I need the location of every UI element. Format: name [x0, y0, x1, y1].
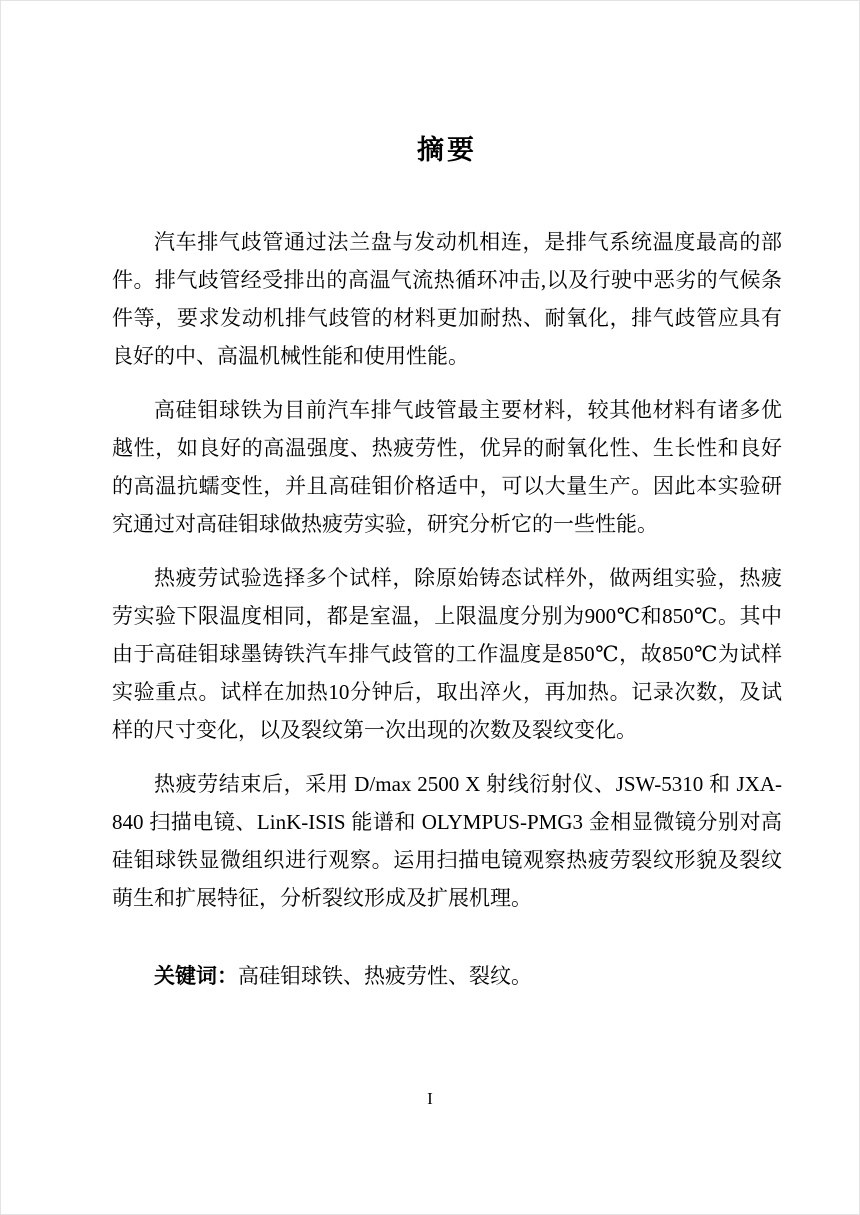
- abstract-paragraph-2: 高硅钼球铁为目前汽车排气歧管最主要材料，较其他材料有诸多优越性，如良好的高温强度…: [112, 391, 782, 543]
- keywords-label: 关键词：: [154, 964, 238, 988]
- abstract-paragraph-1: 汽车排气歧管通过法兰盘与发动机相连，是排气系统温度最高的部件。排气歧管经受排出的…: [112, 223, 782, 375]
- keywords-text: 高硅钼球铁、热疲劳性、裂纹。: [238, 964, 532, 988]
- page-title: 摘要: [112, 132, 782, 168]
- page-number: I: [0, 1088, 860, 1110]
- keywords-line: 关键词：高硅钼球铁、热疲劳性、裂纹。: [112, 957, 782, 995]
- abstract-paragraph-4: 热疲劳结束后，采用 D/max 2500 X 射线衍射仪、JSW-5310 和 …: [112, 765, 782, 917]
- document-page: 摘要 汽车排气歧管通过法兰盘与发动机相连，是排气系统温度最高的部件。排气歧管经受…: [0, 0, 860, 1215]
- abstract-paragraph-3: 热疲劳试验选择多个试样，除原始铸态试样外，做两组实验，热疲劳实验下限温度相同，都…: [112, 559, 782, 749]
